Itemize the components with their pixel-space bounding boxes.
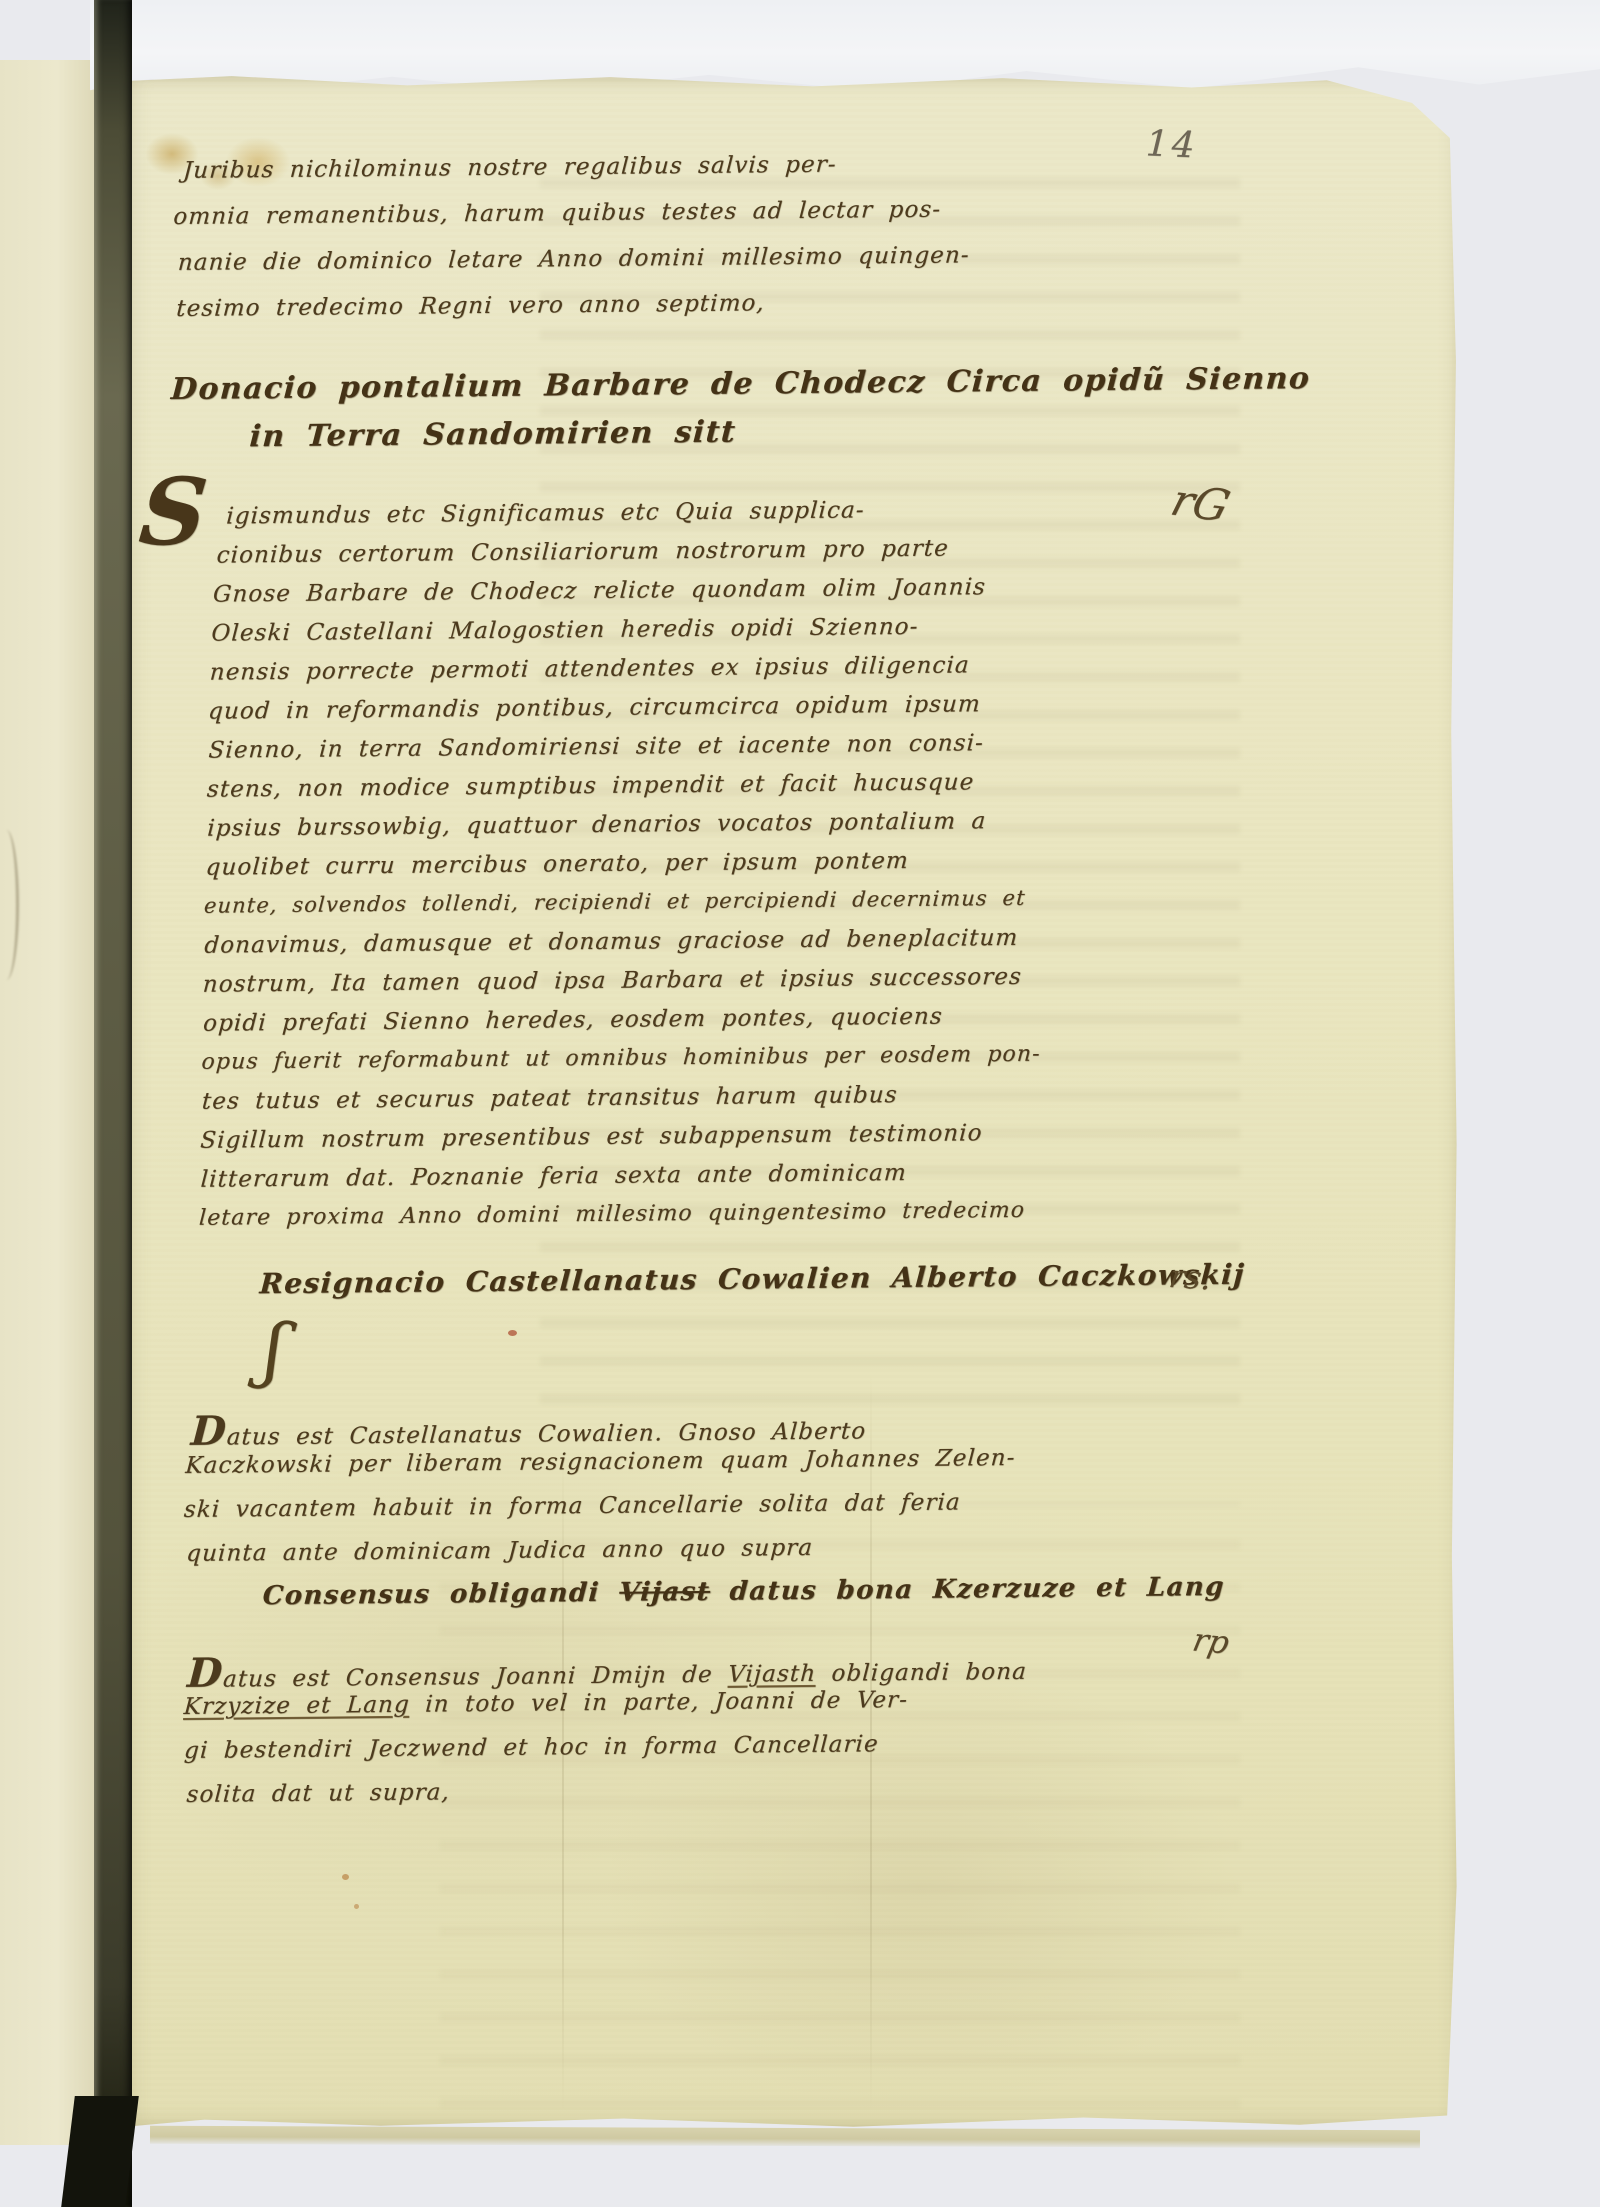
manuscript-line: tes tutus et securus pateat transitus ha…	[201, 1082, 898, 1115]
manuscript-line: eunte, solvendos tollendi, recipiendi et…	[203, 886, 1026, 918]
heading-consensus-post: datus bona Kzerzuze et Lang	[709, 1572, 1225, 1607]
manuscript-line: nostrum, Ita tamen quod ipsa Barbara et …	[202, 964, 1023, 998]
consensus-line1-post: obligandi bona	[815, 1659, 1027, 1687]
manuscript-photo: 14 Juribus nichilominus nostre regalibus…	[0, 0, 1600, 2207]
manuscript-line: cionibus certorum Consiliariorum nostror…	[216, 536, 950, 569]
section-heading-resignacio: Resignacio Castellanatus Cowalien Albert…	[259, 1258, 1246, 1300]
consensus-line2-post: in toto vel in parte, Joanni de Ver-	[409, 1687, 909, 1718]
ink-layer: 14 Juribus nichilominus nostre regalibus…	[0, 0, 1600, 2207]
manuscript-line: litterarum dat. Poznanie feria sexta ant…	[200, 1160, 908, 1193]
manuscript-line: Sienno, in terra Sandomiriensi site et i…	[208, 730, 985, 763]
manuscript-line: letare proxima Anno domini millesimo qui…	[198, 1198, 1026, 1231]
section-heading-donacio: Donacio pontalium Barbare de Chodecz Cir…	[170, 361, 1311, 407]
pen-flourish: ʃ	[260, 1306, 287, 1391]
manuscript-line: Krzyzize et Lang in toto vel in parte, J…	[183, 1687, 909, 1720]
marginal-mark-rs: rs.	[1167, 1257, 1215, 1297]
manuscript-line: ski vacantem habuit in forma Cancellarie…	[183, 1489, 961, 1522]
manuscript-line: Sigillum nostrum presentibus est subappe…	[200, 1120, 984, 1154]
manuscript-line: stens, non modice sumptibus impendit et …	[206, 769, 975, 802]
heading-consensus-struck-word: Vijast	[618, 1577, 711, 1608]
manuscript-line: quod in reformandis pontibus, circumcirc…	[207, 691, 981, 724]
manuscript-line: solita dat ut supra,	[186, 1779, 451, 1808]
manuscript-line: gi bestendiri Jeczwend et hoc in forma C…	[183, 1731, 879, 1764]
manuscript-line: quinta ante dominicam Judica anno quo su…	[186, 1535, 814, 1567]
section-heading-consensus: Consensus obligandi Vijast datus bona Kz…	[262, 1572, 1226, 1611]
marginal-mark-rg: rG	[1166, 475, 1235, 532]
manuscript-line: Gnose Barbare de Chodecz relicte quondam…	[212, 574, 986, 607]
binding-strip-foot	[61, 2096, 139, 2207]
manuscript-line: opidi prefati Sienno heredes, eosdem pon…	[202, 1004, 943, 1037]
manuscript-line: Oleski Castellani Malogostien heredis op…	[211, 614, 920, 647]
manuscript-line: tesimo tredecimo Regni vero anno septimo…	[176, 290, 766, 322]
consensus-line1-underlined: Vijasth	[727, 1661, 817, 1688]
manuscript-line: nensis porrecte permoti attendentes ex i…	[209, 652, 970, 685]
manuscript-line: nanie die dominico letare Anno domini mi…	[177, 242, 970, 276]
manuscript-line: ipsius burssowbig, quattuor denarios voc…	[207, 808, 988, 841]
manuscript-line: opus fuerit reformabunt ut omnibus homin…	[201, 1042, 1042, 1075]
consensus-line2-underlined: Krzyzize et Lang	[183, 1692, 411, 1720]
manuscript-line: Juribus nichilominus nostre regalibus sa…	[182, 152, 837, 184]
folio-number: 14	[1145, 123, 1199, 166]
heading-consensus-pre: Consensus obligandi	[262, 1578, 620, 1611]
manuscript-line: donavimus, damusque et donamus graciose …	[204, 925, 1019, 959]
manuscript-line: omnia remanentibus, harum quibus testes …	[173, 197, 942, 230]
manuscript-line: quolibet curru mercibus onerato, per ips…	[205, 848, 910, 881]
binding-strip	[94, 0, 132, 2207]
consensus-line1-pre: Datus est Consensus Joanni Dmijn de	[186, 1662, 729, 1693]
marginal-mark-rp: rp	[1189, 1621, 1232, 1662]
section-heading-donacio-line2: in Terra Sandomirien sitt	[249, 415, 738, 455]
manuscript-line: igismundus etc Significamus etc Quia sup…	[226, 497, 866, 529]
initial-capital-s: S	[135, 458, 212, 567]
